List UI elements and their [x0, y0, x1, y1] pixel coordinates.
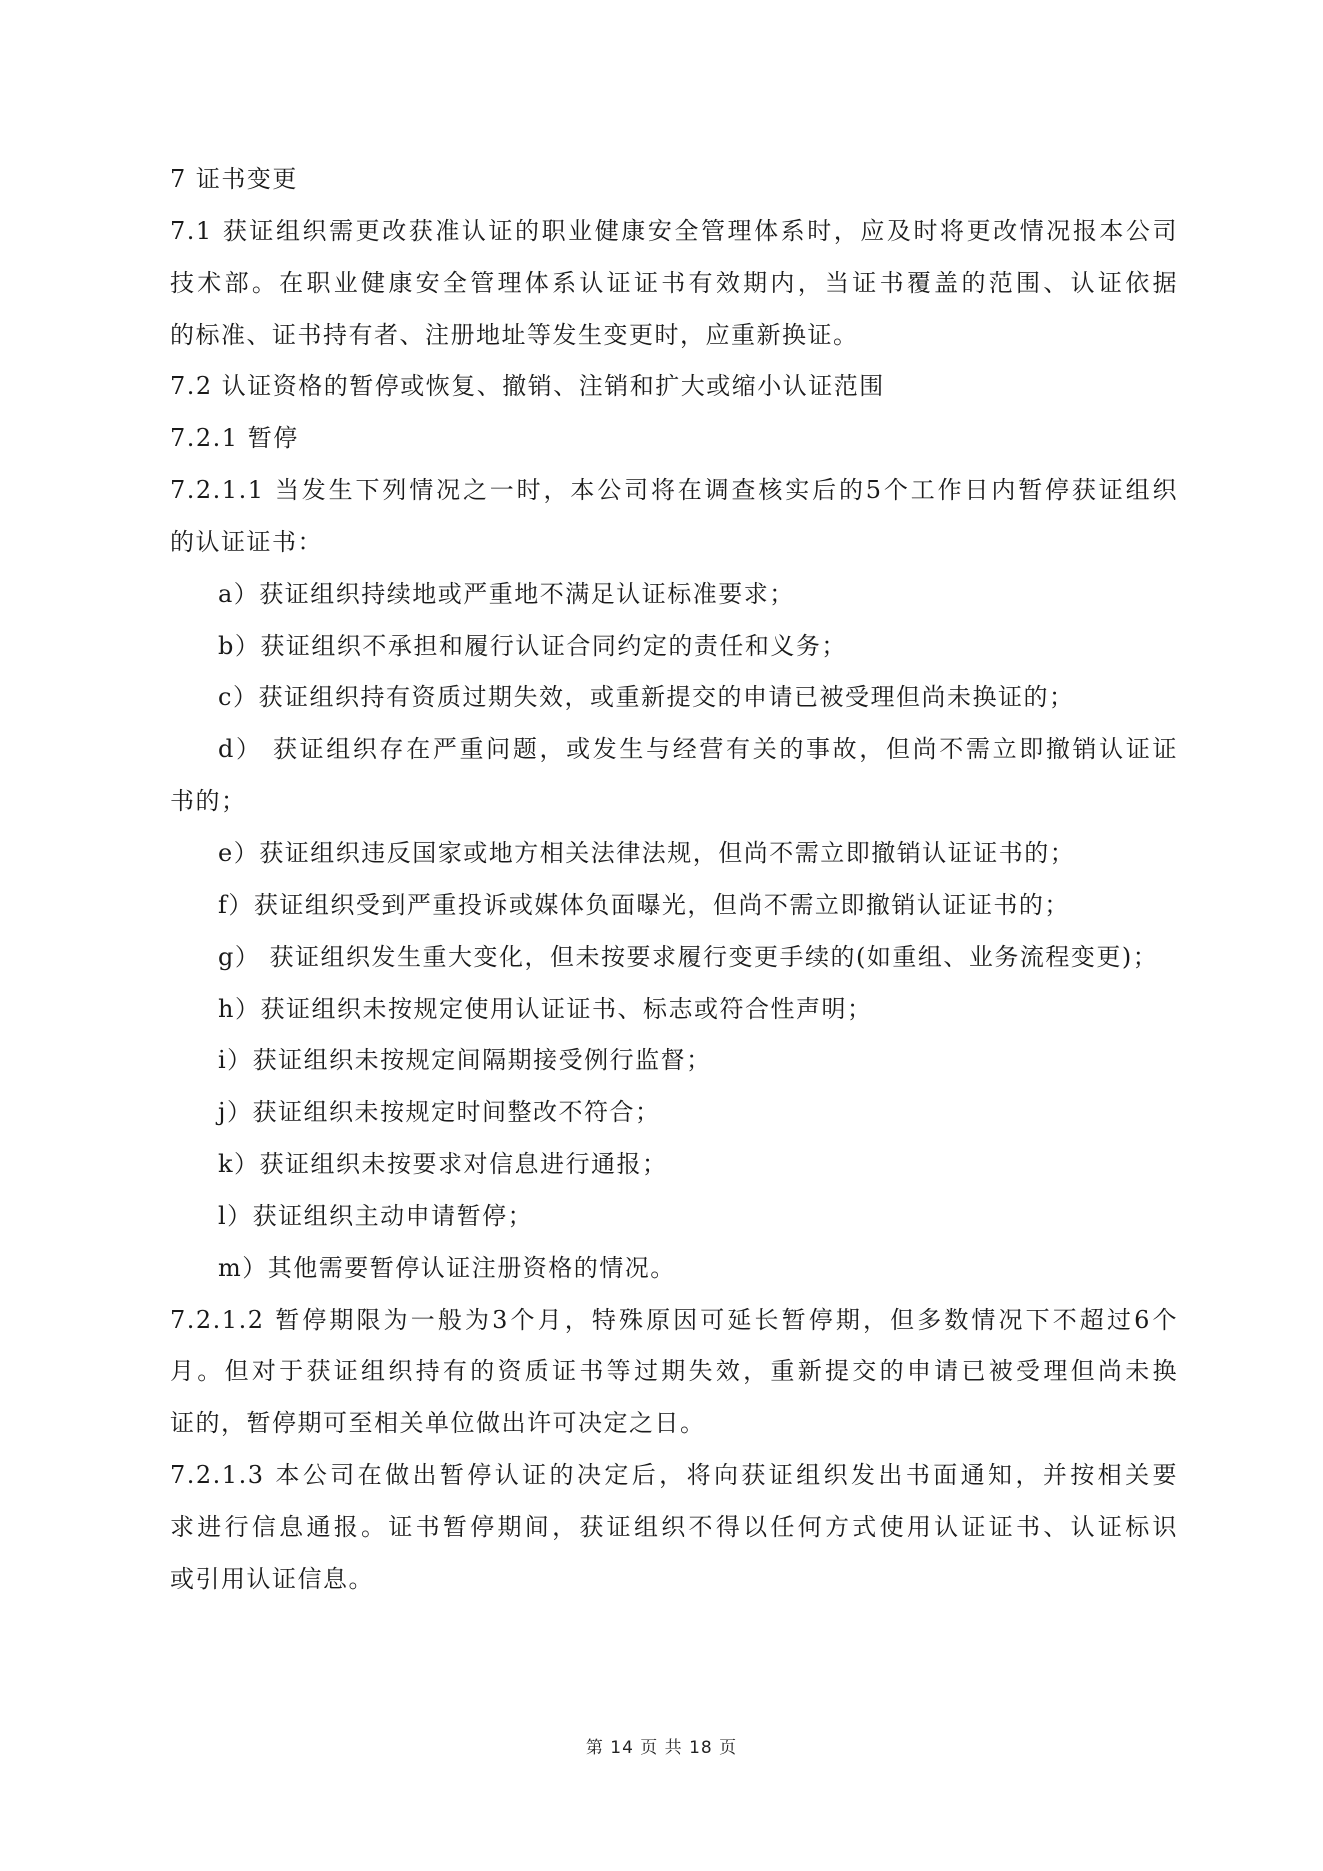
- paragraph-7-1-line: 的标准、证书持有者、注册地址等发生变更时，应重新换证。: [170, 310, 1178, 362]
- paragraph-7-2-1-3-line: 求进行信息通报。证书暂停期间，获证组织不得以任何方式使用认证证书、认证标识: [170, 1502, 1178, 1554]
- paragraph-7-2-1-1-line: 的认证证书：: [170, 517, 1178, 569]
- paragraph-7-2-1-3-line: 或引用认证信息。: [170, 1554, 1178, 1606]
- list-item-g: g） 获证组织发生重大变化，但未按要求履行变更手续的(如重组、业务流程变更)；: [170, 932, 1178, 984]
- section-heading-7-2-1: 7.2.1 暂停: [170, 413, 1178, 465]
- list-item-k: k）获证组织未按要求对信息进行通报；: [170, 1139, 1178, 1191]
- list-item-m: m）其他需要暂停认证注册资格的情况。: [170, 1243, 1178, 1295]
- list-item-a: a）获证组织持续地或严重地不满足认证标准要求；: [170, 569, 1178, 621]
- section-heading-7-2: 7.2 认证资格的暂停或恢复、撤销、注销和扩大或缩小认证范围: [170, 361, 1178, 413]
- list-item-d-continuation: 书的；: [170, 776, 1178, 828]
- paragraph-7-2-1-2-line: 证的，暂停期可至相关单位做出许可决定之日。: [170, 1398, 1178, 1450]
- list-item-c: c）获证组织持有资质过期失效，或重新提交的申请已被受理但尚未换证的；: [170, 672, 1178, 724]
- paragraph-7-2-1-2-line: 7.2.1.2 暂停期限为一般为3个月，特殊原因可延长暂停期，但多数情况下不超过…: [170, 1295, 1178, 1347]
- paragraph-7-2-1-1-line: 7.2.1.1 当发生下列情况之一时，本公司将在调查核实后的5个工作日内暂停获证…: [170, 465, 1178, 517]
- paragraph-7-2-1-2-line: 月。但对于获证组织持有的资质证书等过期失效，重新提交的申请已被受理但尚未换: [170, 1346, 1178, 1398]
- list-item-j: j）获证组织未按规定时间整改不符合；: [170, 1087, 1178, 1139]
- document-body: 7 证书变更 7.1 获证组织需更改获准认证的职业健康安全管理体系时，应及时将更…: [170, 154, 1178, 1606]
- list-item-i: i）获证组织未按规定间隔期接受例行监督；: [170, 1035, 1178, 1087]
- document-page: 7 证书变更 7.1 获证组织需更改获准认证的职业健康安全管理体系时，应及时将更…: [0, 0, 1323, 1871]
- page-number-footer: 第 14 页 共 18 页: [0, 1733, 1323, 1758]
- section-heading-7: 7 证书变更: [170, 154, 1178, 206]
- list-item-e: e）获证组织违反国家或地方相关法律法规，但尚不需立即撤销认证证书的；: [170, 828, 1178, 880]
- list-item-l: l）获证组织主动申请暂停；: [170, 1191, 1178, 1243]
- list-item-b: b）获证组织不承担和履行认证合同约定的责任和义务；: [170, 621, 1178, 673]
- list-item-d: d） 获证组织存在严重问题，或发生与经营有关的事故，但尚不需立即撤销认证证: [170, 724, 1178, 776]
- list-item-h: h）获证组织未按规定使用认证证书、标志或符合性声明；: [170, 984, 1178, 1036]
- paragraph-7-2-1-3-line: 7.2.1.3 本公司在做出暂停认证的决定后，将向获证组织发出书面通知，并按相关…: [170, 1450, 1178, 1502]
- list-item-f: f）获证组织受到严重投诉或媒体负面曝光，但尚不需立即撤销认证证书的；: [170, 880, 1178, 932]
- paragraph-7-1-line: 技术部。在职业健康安全管理体系认证证书有效期内，当证书覆盖的范围、认证依据: [170, 258, 1178, 310]
- paragraph-7-1-line: 7.1 获证组织需更改获准认证的职业健康安全管理体系时，应及时将更改情况报本公司: [170, 206, 1178, 258]
